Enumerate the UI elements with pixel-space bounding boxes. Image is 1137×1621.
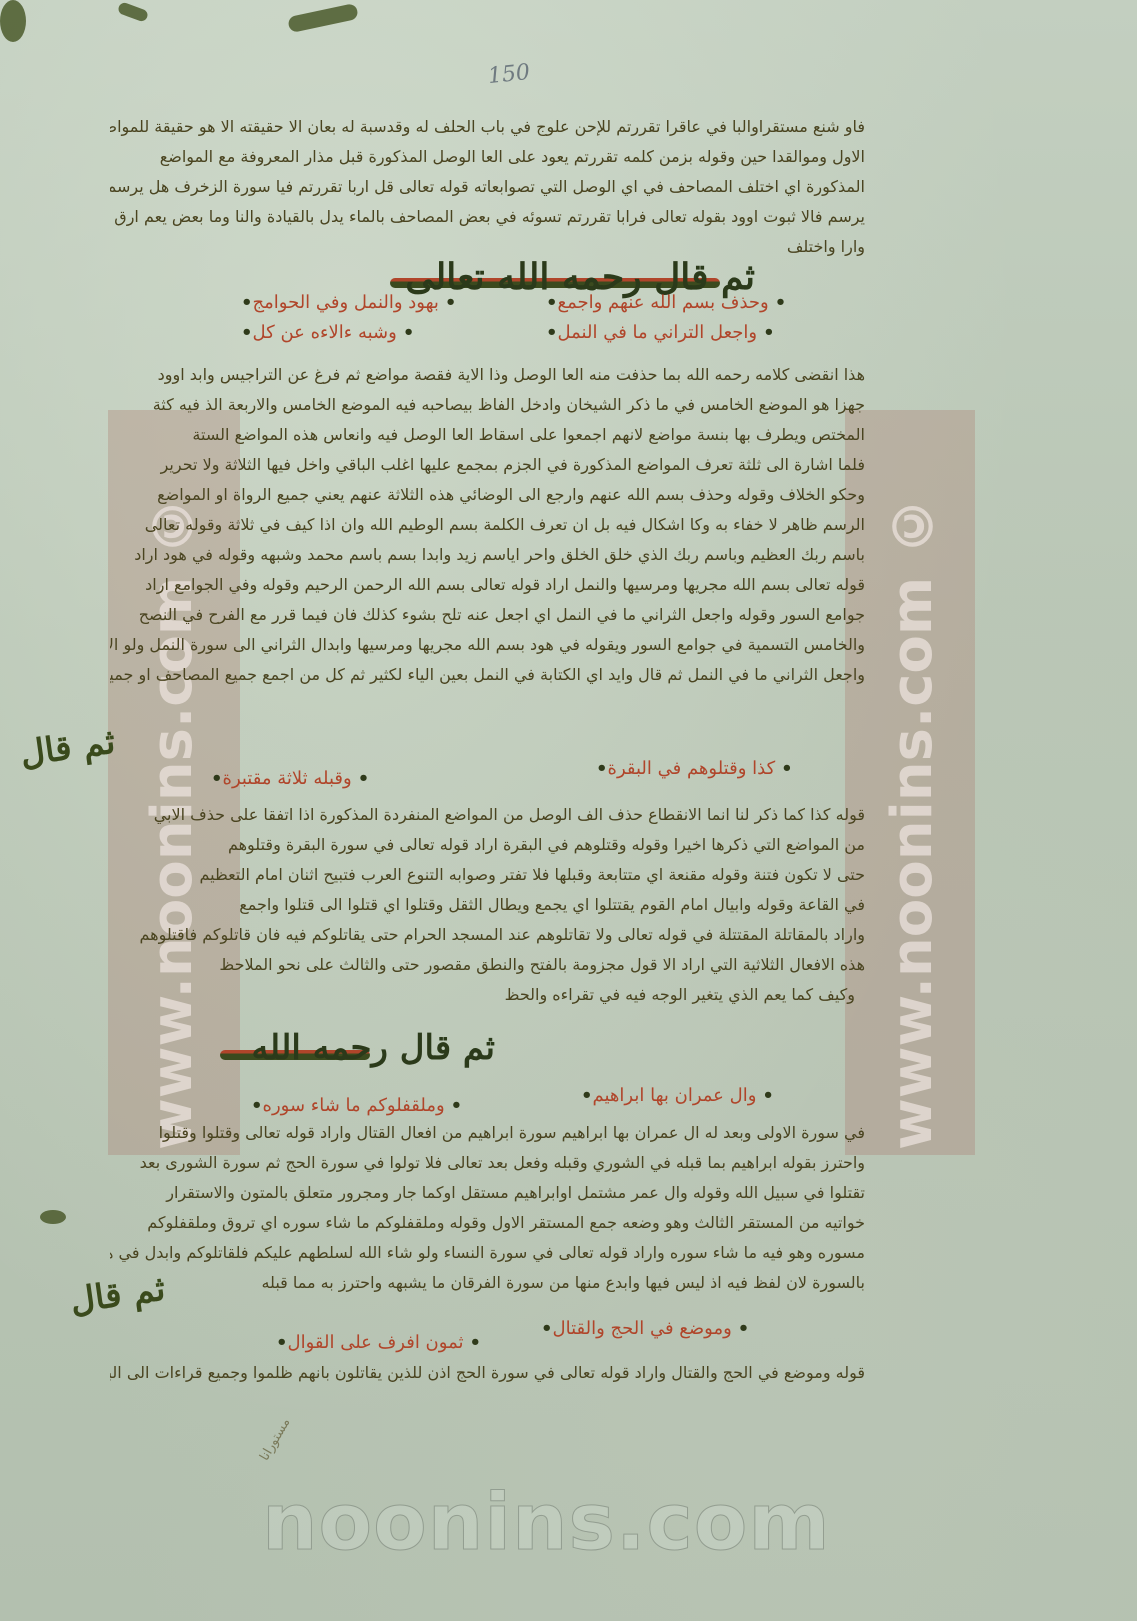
text-line: المذكورة اي اختلف المصاحف في اي الوصل ال… xyxy=(110,172,865,202)
text-line: باسم ربك العظيم وباسم ربك الذي خلق الخلق… xyxy=(110,540,865,570)
text-line: المختص ويطرف بها بنسة مواضع لانهم اجمعوا… xyxy=(110,420,865,450)
text-line: من المواضع التي ذكرها اخيرا وقوله وقتلوه… xyxy=(110,830,865,860)
catchword-signature: مستورانا xyxy=(257,1416,293,1464)
text-line: واجعل الثراني ما في النمل ثم قال وايد اي… xyxy=(110,660,865,690)
verse-line: •وال عمران بها ابراهيم• xyxy=(575,1085,774,1106)
text-line: الاول وموالقدا حين وقوله بزمن كلمه تقررت… xyxy=(110,142,865,172)
text-block-5: قوله وموضع في الحج والقتال واراد قوله تع… xyxy=(110,1358,865,1388)
text-line: فاو شنع مستقراوالبا في عاقرا تقررتم للإح… xyxy=(110,112,865,142)
text-line: واحترز بقوله ابراهيم بما قبله في الشوري … xyxy=(110,1148,865,1178)
verse-line: •وملقفلوكم ما شاء سوره• xyxy=(245,1095,462,1116)
text-line: يرسم فالا ثبوت اوود بقوله تعالى فرابا تق… xyxy=(110,202,865,232)
text-block-1: فاو شنع مستقراوالبا في عاقرا تقررتم للإح… xyxy=(110,112,865,262)
text-block-3: قوله كذا كما ذكر لنا انما الانقطاع حذف ا… xyxy=(110,800,865,1010)
verse-line: •وحذف بسم الله عنهم واجمع• xyxy=(540,292,786,313)
verse-line: •كذا وقتلوهم في البقرة• xyxy=(590,758,793,779)
text-line: والخامس التسمية في جوامع السور ويقوله في… xyxy=(110,630,865,660)
text-line: جوامع السور وقوله واجعل الثراني ما في ال… xyxy=(110,600,865,630)
watermark-bottom: noonins.com xyxy=(262,1478,831,1568)
text-line: وكيف كما يعم الذي يتغير الوجه فيه في تقر… xyxy=(110,980,865,1010)
text-line: وحكو الخلاف وقوله وحذف بسم الله عنهم وار… xyxy=(110,480,865,510)
text-line: بالسورة لان لفظ فيه اذ ليس فيها وابدع من… xyxy=(110,1268,865,1298)
verse-line: •واجعل التراني ما في النمل• xyxy=(540,322,775,343)
heading-text: ثم قال رحمه الله xyxy=(251,1028,495,1068)
text-line: هذا انقضى كلامه رحمه الله بما حذفت منه ا… xyxy=(110,360,865,390)
margin-note: ثم قال xyxy=(18,722,118,775)
text-line: قوله كذا كما ذكر لنا انما الانقطاع حذف ا… xyxy=(110,800,865,830)
ink-smudge xyxy=(287,3,359,33)
text-line: هذه الافعال الثلاثية التي اراد الا قول م… xyxy=(110,950,865,980)
text-line: واراد بالمقاتلة المقتتلة في قوله تعالى و… xyxy=(110,920,865,950)
text-line: قوله وموضع في الحج والقتال واراد قوله تع… xyxy=(110,1358,865,1388)
text-line: فلما اشارة الى ثلثة تعرف المواضع المذكور… xyxy=(110,450,865,480)
verse-line: •وموضع في الحج والقتال• xyxy=(535,1318,749,1339)
text-block-4: في سورة الاولى وبعد له ال عمران بها ابرا… xyxy=(110,1118,865,1298)
text-line: تقتلوا في سبيل الله وقوله وال عمر مشتمل … xyxy=(110,1178,865,1208)
text-line: مسوره وهو فيه ما شاء سوره واراد قوله تعا… xyxy=(110,1238,865,1268)
section-heading: ثم قال رحمه الله xyxy=(110,1022,510,1082)
text-line: جهزا هو الموضع الخامس في ما ذكر الشيخان … xyxy=(110,390,865,420)
verse-line: •وشبه ءالاءه عن كل• xyxy=(235,322,414,343)
text-line: في القاعة وقوله وابيال امام القوم يقتتلو… xyxy=(110,890,865,920)
text-block-2: هذا انقضى كلامه رحمه الله بما حذفت منه ا… xyxy=(110,360,865,690)
text-line: حتى لا تكون فتنة وقوله مقنعة اي متتابعة … xyxy=(110,860,865,890)
verse-line: •ثمون افرف على القوال• xyxy=(270,1332,481,1353)
margin-note: ثم قال xyxy=(68,1269,168,1322)
watermark-right-text: www.noonins.com © xyxy=(880,420,945,1150)
verse-line: •بهود والنمل وفي الحوامج• xyxy=(235,292,456,313)
text-line: خواتيه من المستقر الثالث وهو وضعه جمع ال… xyxy=(110,1208,865,1238)
verse-line: •وقبله ثلاثة مقتبرة• xyxy=(205,768,369,789)
manuscript-page: 150 www.noonins.com © www.noonins.com © … xyxy=(0,0,1137,1621)
ink-smudge xyxy=(117,1,149,23)
ink-smudge xyxy=(40,1210,66,1224)
folio-number: 150 xyxy=(487,60,531,89)
text-line: الرسم ظاهر لا خفاء به وكا اشكال فيه بل ا… xyxy=(110,510,865,540)
text-line: قوله تعالى بسم الله مجريها ومرسيها والنم… xyxy=(110,570,865,600)
ink-smudge xyxy=(0,0,26,42)
text-line: في سورة الاولى وبعد له ال عمران بها ابرا… xyxy=(110,1118,865,1148)
